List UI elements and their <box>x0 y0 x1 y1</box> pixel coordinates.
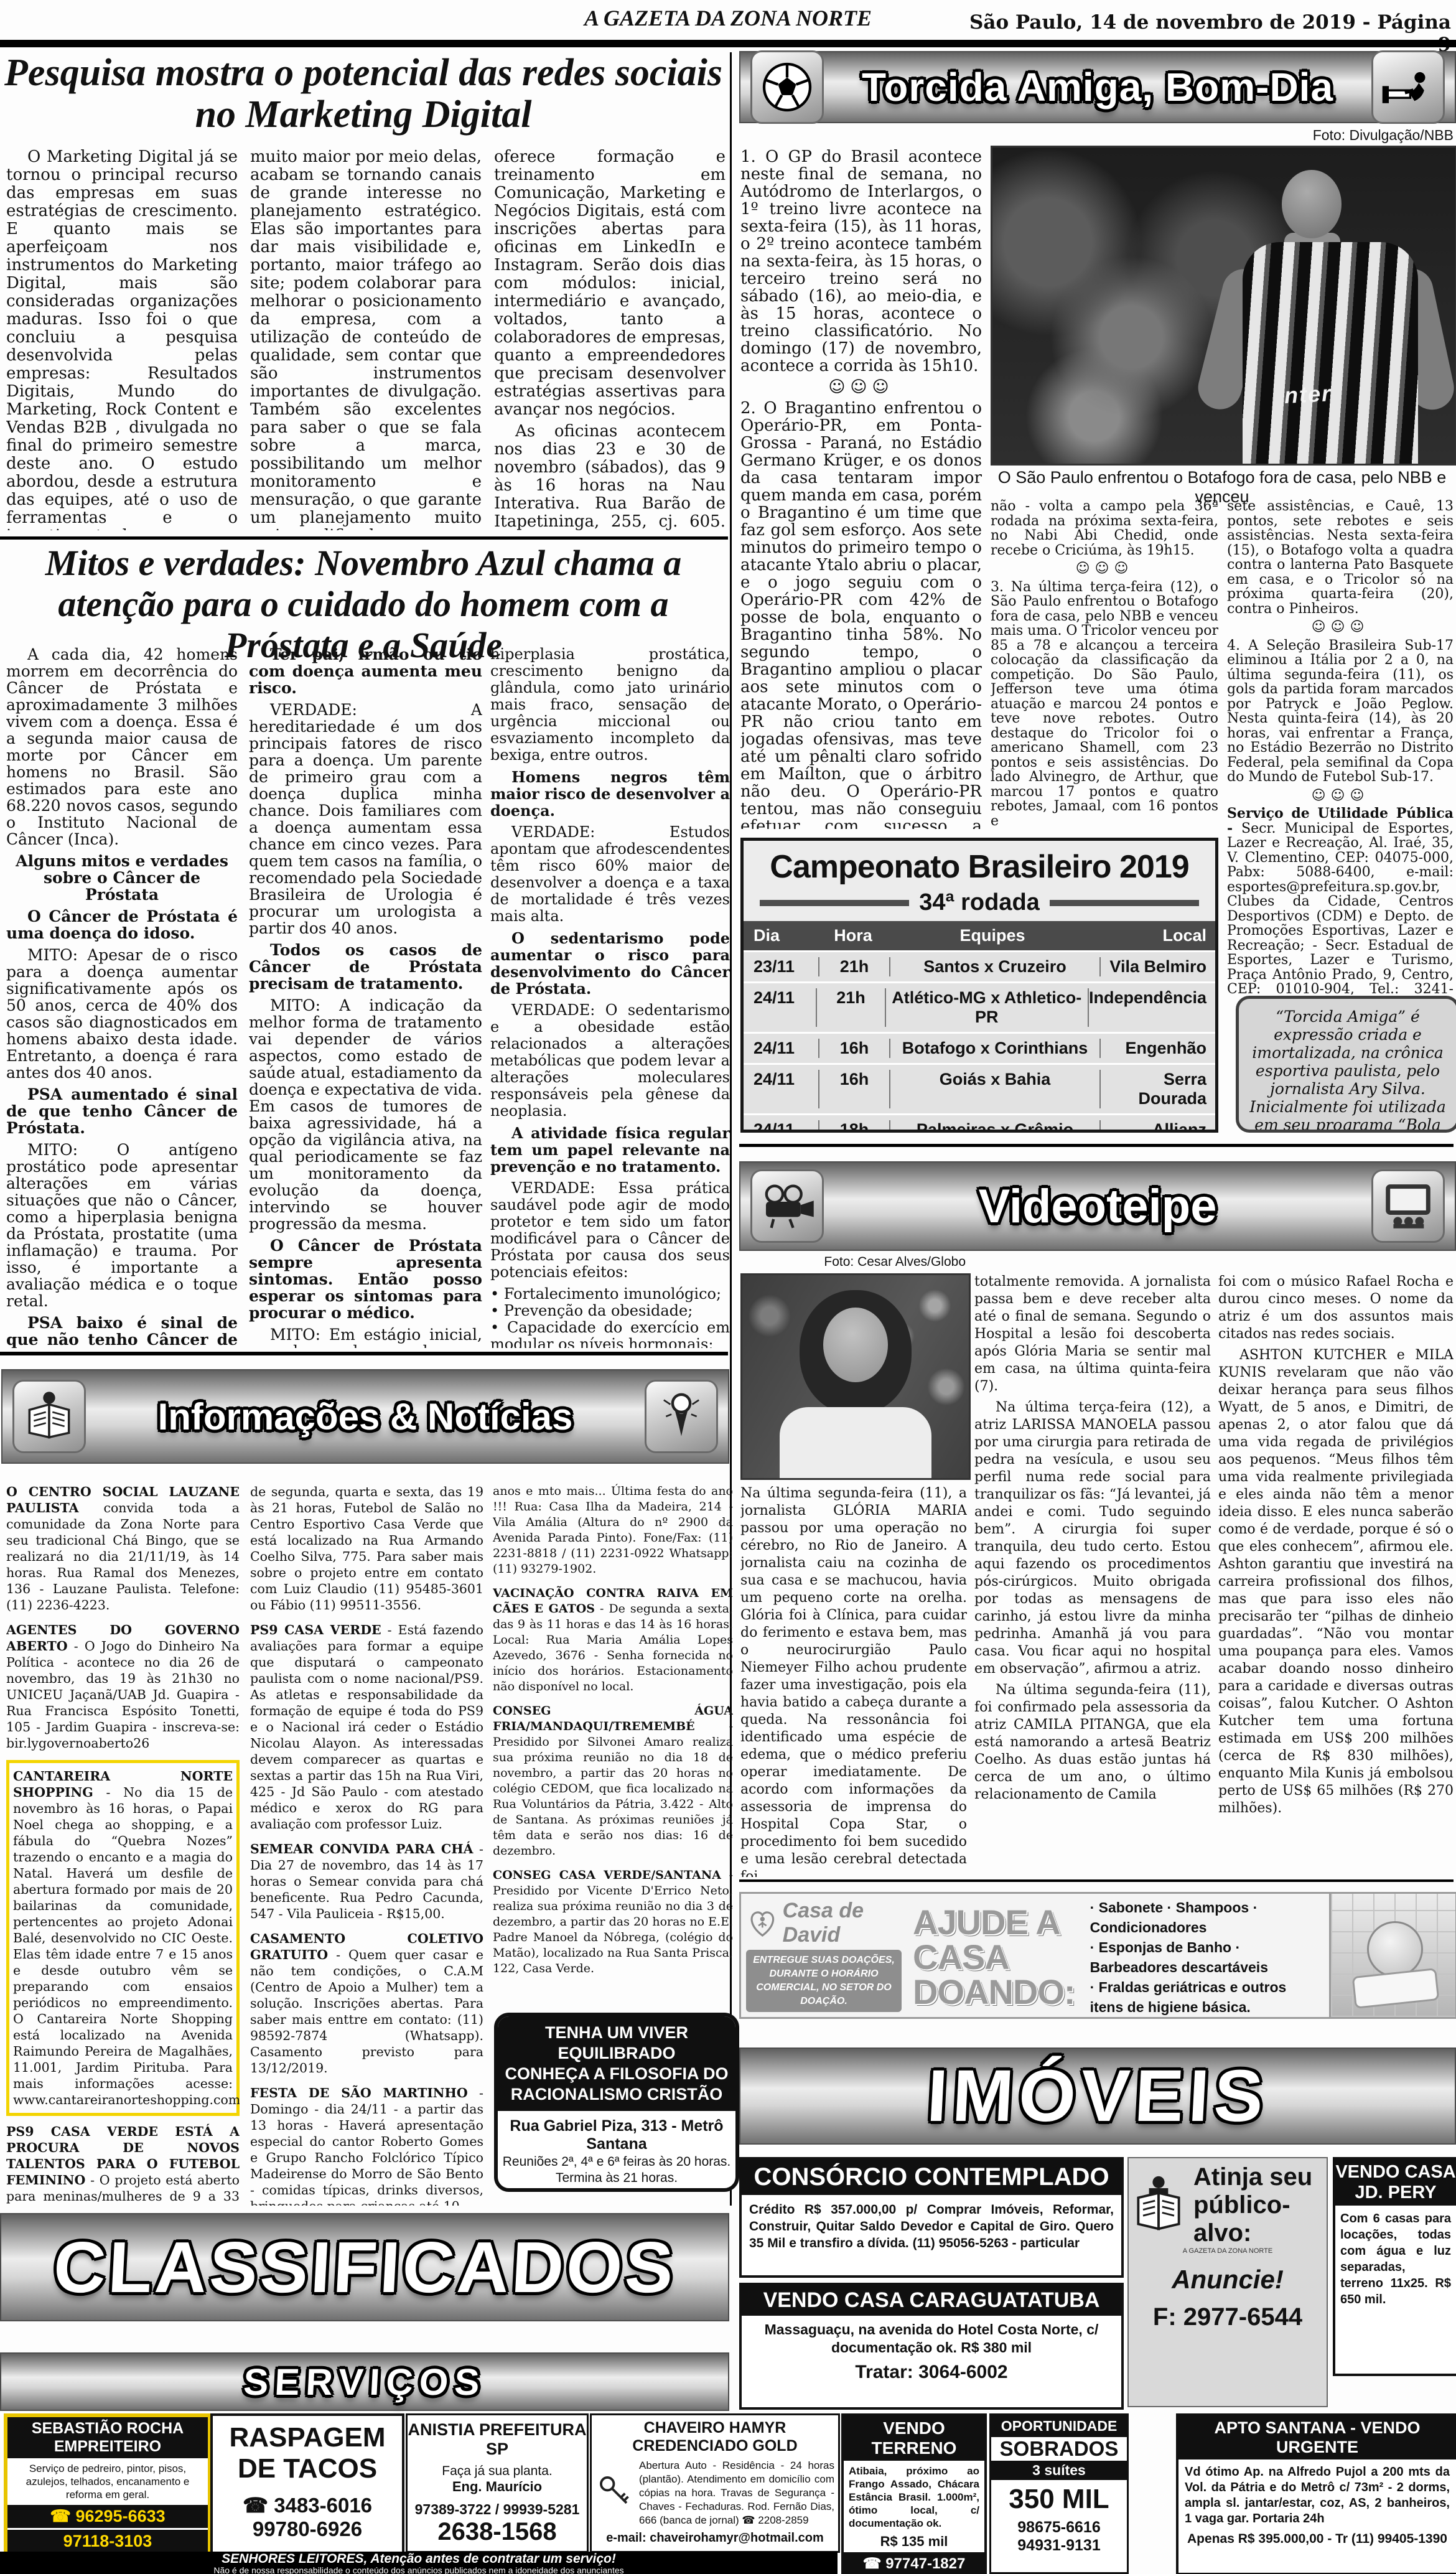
info-banner: Informações & Notícias <box>1 1369 729 1464</box>
table-row: 24/1121hAtlético-MG x Athletico-PRIndepe… <box>744 981 1215 1032</box>
myth-question: O sedentarismo pode aumentar o risco par… <box>490 930 730 997</box>
myth-answer: MITO: Apesar de o risco para a doença au… <box>6 947 238 1081</box>
torcida-quote-box: “Torcida Amiga” é expressão criada e imo… <box>1236 996 1456 1133</box>
news-item-lead: CONSEG CASA VERDE/SANTANA <box>493 1868 721 1882</box>
round-bar <box>1050 900 1199 906</box>
cell-dia: 24/11 <box>744 1070 818 1108</box>
section-rule <box>739 1879 1454 1882</box>
film-projector-icon <box>750 1169 824 1243</box>
ad-headline-line: AJUDE A CASA <box>913 1905 1075 1975</box>
cell-local: Independência <box>1088 988 1215 1027</box>
cell-dia: 24/11 <box>744 1039 818 1058</box>
news-item: CANTAREIRA NORTE SHOPPING - No dia 15 de… <box>13 1768 233 2108</box>
anuncie-label: Anuncie! <box>1172 2265 1284 2295</box>
ad-headline-line: DOANDO: <box>913 1975 1075 2010</box>
torcida-item-2: 2. O Bragantino enfrentou o Operário-PR,… <box>740 400 982 829</box>
torcida-banner: Torcida Amiga, Bom-Dia <box>739 51 1456 123</box>
benefits-bullet-list: • Fortalecimento imunológico; • Prevençã… <box>490 1286 730 1348</box>
ad-phone: F: 2977-6544 <box>1153 2303 1302 2331</box>
paragraph: As oficinas acontecem nos dias 23 e 30 d… <box>494 423 726 530</box>
cell-local: Allianz Parque <box>1099 1120 1215 1133</box>
ad-body: Massaguaçu, na avenida do Hotel Costa No… <box>742 2316 1121 2362</box>
ad-title-line: RASPAGEM <box>213 2422 402 2453</box>
news-item: de segunda, quarta e sexta, das 19 às 21… <box>250 1484 483 1613</box>
news-item-lead: FESTA DE SÃO MARTINHO <box>250 2085 468 2100</box>
section-rule <box>739 1144 1454 1147</box>
ad-subtitle: SOBRADOS <box>991 2437 1127 2461</box>
news-item-lead: CONSEG ÁGUA FRIA/MANDAQUI/TREMEMBÉ <box>493 1704 733 1733</box>
news-item-lead: PS9 CASA VERDE <box>250 1622 381 1637</box>
ad-phone: 99780-6926 <box>213 2517 402 2541</box>
anistia-prefeitura-ad: ANISTIA PREFEITURA SP Faça já sua planta… <box>406 2413 589 2553</box>
tv-audience-icon <box>1371 1169 1445 1243</box>
videoteipe-banner: Videoteipe <box>739 1161 1456 1251</box>
table-row: 24/1116hBotafogo x CorinthiansEngenhão <box>744 1032 1215 1063</box>
masthead-rule <box>0 40 1456 47</box>
praying-person-icon <box>1371 50 1445 124</box>
news-item: VACINAÇÃO CONTRA RAIVA EM CÃES E GATOS -… <box>493 1586 733 1695</box>
cell-equipes: Atlético-MG x Athletico-PR <box>885 988 1088 1027</box>
smiley-separator: ☺☺☺ <box>1227 620 1454 635</box>
ad-headline-line: Atinja seu <box>1193 2163 1327 2191</box>
ad-schedule: Termina às 21 horas. <box>502 2171 732 2186</box>
mitos-subhead: Alguns mitos e verdades sobre o Câncer d… <box>6 853 238 903</box>
jd-pery-ad: VENDO CASA JD. PERY Com 6 casas para loc… <box>1333 2157 1456 2376</box>
cell-hora: 16h <box>818 1039 889 1058</box>
soccer-ball-icon <box>750 50 824 124</box>
casa-de-david-ad: Casa de David ENTREGUE SUAS DOAÇÕES, DUR… <box>739 1892 1456 2019</box>
news-item-text: convida toda a comunidade da Zona Norte … <box>6 1500 240 1612</box>
smiley-separator: ☺☺☺ <box>740 378 982 396</box>
cell-hora: 21h <box>818 957 889 976</box>
videoteipe-column-1: Na última segunda-feira (11), a jornalis… <box>740 1485 967 1877</box>
ad-body: Atibaia, próximo ao Frango Assado, Cháca… <box>844 2461 984 2534</box>
ad-headline: AJUDE A CASA DOANDO: <box>913 1905 1075 2010</box>
newspaper-reader-icon <box>1129 2174 1188 2237</box>
ad-headline: Atinja seu público-alvo: <box>1193 2163 1327 2247</box>
news-item-text: - Presidido por Vicente D'Errico Neto, r… <box>493 1868 733 1975</box>
ad-headline: TENHA UM VIVER EQUILIBRADO CONHEÇA A FIL… <box>498 2016 735 2111</box>
news-item-text: - Quem quer casar e não tem condições, o… <box>250 1947 483 2076</box>
news-item: O CENTRO SOCIAL LAUZANE PAULISTA convida… <box>6 1484 240 1613</box>
header-equipes: Equipes <box>888 926 1097 945</box>
donation-item: · Fraldas geriátricas e outros itens de … <box>1090 1977 1323 2017</box>
ad-headline-line: RACIONALISMO CRISTÃO <box>500 2084 733 2105</box>
shower-illustration <box>1329 1894 1455 2017</box>
info-column-3: anos e mto mais... Última festa do ano !… <box>493 1484 733 2006</box>
info-banner-title: Informações & Notícias <box>96 1395 635 1438</box>
cell-dia: 24/11 <box>744 1120 818 1133</box>
gloria-maria-photo <box>740 1273 971 1480</box>
news-item-text: - No dia 15 de novembro às 16 horas, o P… <box>13 1785 240 2107</box>
ad-body: Abertura Auto - Residência - 24 horas (p… <box>635 2459 834 2527</box>
paragraph: muito maior por meio delas, acabam se to… <box>250 148 482 530</box>
info-column-1: O CENTRO SOCIAL LAUZANE PAULISTA convida… <box>6 1484 240 2206</box>
paragraph: O Marketing Digital já se tornou o princ… <box>6 148 238 530</box>
paragraph: ASHTON KUTCHER e MILA KUNIS revelaram qu… <box>1218 1347 1454 1817</box>
table-row: 24/1118hPalmeiras x GrêmioAllianz Parque <box>744 1113 1215 1133</box>
mini-newspaper-label: A GAZETA DA ZONA NORTE <box>1183 2247 1272 2255</box>
torcida-banner-title: Torcida Amiga, Bom-Dia <box>834 64 1361 110</box>
lead-column-3: oferece formação e treinamento em Comuni… <box>494 148 726 530</box>
myth-answer: MITO: O antígeno prostático pode apresen… <box>6 1141 238 1309</box>
warning-line-2: Não é de nossa responsabilidade o conteú… <box>0 2565 838 2574</box>
readers-warning-strip: SENHORES LEITORES, Atenção antes de cont… <box>0 2552 838 2574</box>
paragraph: foi com o músico Rafael Rocha e durou ci… <box>1218 1273 1454 1343</box>
ad-address: Rua Gabriel Piza, 313 - Metrô Santana <box>502 2117 732 2153</box>
photo-face <box>823 1308 888 1382</box>
paragraph: Na última segunda-feira (11), a jornalis… <box>740 1485 967 1877</box>
servicos-banner: SERVIÇOS <box>0 2352 729 2411</box>
videoteipe-banner-title: Videoteipe <box>834 1179 1361 1233</box>
news-item: AGENTES DO GOVERNO ABERTO - O Jogo do Di… <box>6 1622 240 1751</box>
myth-answer: MITO: A indicação da melhor forma de tra… <box>249 997 482 1232</box>
newspaper-reader-icon <box>12 1380 86 1453</box>
ad-title: ANISTIA PREFEITURA SP <box>408 2420 587 2459</box>
header-dia: Dia <box>744 926 818 945</box>
news-item-text: - O Jogo do Dinheiro Na Política - acont… <box>6 1639 240 1751</box>
racionalismo-ad: TENHA UM VIVER EQUILIBRADO CONHEÇA A FIL… <box>494 2013 739 2192</box>
nbb-basketball-photo: nter <box>991 146 1456 466</box>
illustration-head <box>1367 1921 1423 1977</box>
pushpin-icon <box>645 1380 718 1453</box>
ad-title-line: JD. PERY <box>1335 2183 1456 2203</box>
cell-equipes: Botafogo x Corinthians <box>889 1039 1099 1058</box>
masthead-logo: A GAZETA DA ZONA NORTE <box>541 5 915 31</box>
masthead-dateline: São Paulo, 14 de novembro de 2019 - Pági… <box>958 11 1451 56</box>
ad-phone: 97118-3103 <box>7 2530 208 2553</box>
ad-title: VENDO TERRENO <box>844 2416 984 2461</box>
news-item: CASAMENTO COLETIVO GRATUITO - Quem quer … <box>250 1931 483 2076</box>
public-service-item: Serviço de Utilidade Pública - Secr. Mun… <box>1227 807 1454 995</box>
imoveis-banner: IMÓVEIS <box>739 2048 1456 2145</box>
ad-feature: 3 suítes <box>991 2461 1127 2480</box>
ad-body: Com 6 casas para locações, todas com águ… <box>1335 2206 1456 2313</box>
myth-question: PSA aumentado é sinal de que tenho Cânce… <box>6 1086 238 1136</box>
section-rule <box>0 536 728 540</box>
player-head <box>1282 170 1342 238</box>
classificados-banner: CLASSIFICADOS <box>0 2213 729 2321</box>
news-item-text: anos e mto mais... Última festa do ano !… <box>493 1484 733 1576</box>
ad-body: Crédito R$ 357.000,00 p/ Comprar Imóveis… <box>742 2195 1121 2258</box>
ad-body-line: Eng. Maurício <box>408 2479 587 2495</box>
round-label: 34ª rodada <box>919 889 1040 916</box>
mitos-column-2: Ter pai, irmão ou tio com doença aumenta… <box>249 646 482 1348</box>
ad-phone: ☎ 97747-1827 <box>844 2552 984 2574</box>
ad-phone: Tratar: 3064-6002 <box>742 2362 1121 2383</box>
ad-title-line: TERRENO <box>844 2438 984 2458</box>
lead-column-1: O Marketing Digital já se tornou o princ… <box>6 148 238 530</box>
ad-title-line: EMPREITEIRO <box>7 2438 208 2456</box>
cell-local: Serra Dourada <box>1099 1070 1215 1108</box>
smiley-separator: ☺☺☺ <box>1227 789 1454 803</box>
ad-schedule: Reuniões 2ª, 4ª e 6ª feiras às 20 horas. <box>502 2155 732 2169</box>
torcida-column-c: sete assistências, e Cauê, 13 pontos, se… <box>1227 499 1454 995</box>
ad-price: R$ 135 mil <box>844 2534 984 2550</box>
ad-phone: 2638-1568 <box>408 2518 587 2546</box>
player-jersey <box>1243 242 1419 466</box>
oportunidade-sobrados-ad: OPORTUNIDADE SOBRADOS 3 suítes 350 MIL 9… <box>989 2413 1129 2574</box>
info-column-2: de segunda, quarta e sexta, das 19 às 21… <box>250 1484 483 2206</box>
ad-body-row: Abertura Auto - Residência - 24 horas (p… <box>592 2455 838 2531</box>
table-header-row: Dia Hora Equipes Local <box>744 921 1215 950</box>
jersey-sponsor-text: nter <box>1284 380 1332 409</box>
paragraph: A cada dia, 42 homens morrem em decorrên… <box>6 646 238 848</box>
torcida-column-b: não - volta a campo pela 36ª rodada na p… <box>991 499 1218 830</box>
newspaper-page: A GAZETA DA ZONA NORTE São Paulo, 14 de … <box>0 0 1456 2574</box>
torcida-item-3-continuation: sete assistências, e Cauê, 13 pontos, se… <box>1227 499 1454 616</box>
chaveiro-hamyr-ad: CHAVEIRO HAMYR CREDENCIADO GOLD Abertura… <box>590 2413 840 2553</box>
news-item-lead: SEMEAR CONVIDA PARA CHÁ <box>250 1842 474 1856</box>
cell-equipes: Goiás x Bahia <box>889 1070 1099 1108</box>
ad-headline-line: público-alvo: <box>1193 2191 1327 2247</box>
ad-content: Atinja seu público-alvo: A GAZETA DA ZON… <box>1129 2158 1327 2331</box>
ad-headline-line: CONHEÇA A FILOSOFIA DO <box>500 2064 733 2084</box>
paragraph: totalmente removida. A jornalista passa … <box>974 1273 1211 1395</box>
vendo-terreno-ad: VENDO TERRENO Atibaia, próximo ao Frango… <box>841 2413 987 2574</box>
myth-question: Ter pai, irmão ou tio com doença aumenta… <box>249 646 482 696</box>
ad-title: OPORTUNIDADE <box>991 2415 1127 2437</box>
ad-phone: ☎ 3483-6016 <box>213 2493 402 2517</box>
round-bar <box>760 900 909 906</box>
news-item-text: de segunda, quarta e sexta, das 19 às 21… <box>250 1484 483 1612</box>
ad-phone: ☎ 96295-6633 <box>7 2505 208 2528</box>
ad-title: CHAVEIRO HAMYR CREDENCIADO GOLD <box>592 2419 838 2455</box>
imoveis-banner-title: IMÓVEIS <box>738 2054 1456 2138</box>
ad-body: Rua Gabriel Piza, 313 - Metrô Santana Re… <box>498 2111 735 2192</box>
ad-headline-line: TENHA UM VIVER EQUILIBRADO <box>500 2023 733 2064</box>
news-item-text: - Está fazendo avaliações para formar a … <box>250 1622 483 1832</box>
paragraph: oferece formação e treinamento em Comuni… <box>494 148 726 419</box>
mitos-column-3: hiperplasia prostática, crescimento beni… <box>490 646 730 1348</box>
myth-question: O Câncer de Próstata é uma doença do ido… <box>6 908 238 942</box>
torcida-item-3: 3. Na última terça-feira (12), o São Pau… <box>991 580 1218 829</box>
header-hora: Hora <box>818 926 888 945</box>
donation-item: · Sabonete · Shampoos · Condicionadores <box>1090 1898 1323 1937</box>
donation-note: ENTREGUE SUAS DOAÇÕES, DURANTE O HORÁRIO… <box>746 1950 902 2012</box>
ad-top-row: AJUDE A CASA DOANDO: · Sabonete · Shampo… <box>913 1898 1323 2017</box>
table-row: 23/1121hSantos x CruzeiroVila Belmiro <box>744 950 1215 981</box>
classificados-banner-title: CLASSIFICADOS <box>0 2225 730 2309</box>
apto-santana-ad: APTO SANTANA - VENDO URGENTE Vd ótimo Ap… <box>1176 2413 1456 2574</box>
sebastiao-rocha-ad: SEBASTIÃO ROCHA EMPREITEIRO Serviço de p… <box>4 2413 212 2557</box>
paragraph: Na última terça-feira (12), a atriz LARI… <box>974 1399 1211 1678</box>
ad-phone: 98675-6616 <box>991 2519 1127 2537</box>
mitos-column-1: A cada dia, 42 homens morrem em decorrên… <box>6 646 238 1348</box>
myth-question: Homens negros têm maior risco de desenvo… <box>490 769 730 819</box>
ad-title-line: APTO SANTANA - VENDO <box>1178 2418 1456 2438</box>
myth-answer: VERDADE: Estudos apontam que afrodescend… <box>490 824 730 925</box>
heart-person-icon <box>746 1903 779 1943</box>
videoteipe-column-2: totalmente removida. A jornalista passa … <box>974 1273 1211 1876</box>
servicos-banner-title: SERVIÇOS <box>0 2361 729 2403</box>
ad-title-line: VENDO CASA <box>1335 2162 1456 2183</box>
smiley-separator: ☺☺☺ <box>991 561 1218 576</box>
lead-column-2: muito maior por meio delas, acabam se to… <box>250 148 482 530</box>
public-service-text: Secr. Municipal de Esportes, Lazer e Rec… <box>1227 821 1454 995</box>
ad-title-line: DE TACOS <box>213 2453 402 2484</box>
ad-phone: 97389-3722 / 99939-5281 <box>408 2501 587 2518</box>
myth-answer: VERDADE: O sedentarismo e a obesidade es… <box>490 1002 730 1120</box>
news-item-text: - Presidido por Silvonei Amaro realiza s… <box>493 1720 733 1858</box>
warning-line-1: SENHORES LEITORES, Atenção antes de cont… <box>222 2552 616 2566</box>
ad-body: Serviço de pedreiro, pintor, pisos, azul… <box>7 2458 208 2505</box>
ad-title: CONSÓRCIO CONTEMPLADO <box>742 2160 1121 2195</box>
section-rule <box>0 1352 728 1355</box>
news-item: CONSEG ÁGUA FRIA/MANDAQUI/TREMEMBÉ - Pre… <box>493 1703 733 1859</box>
myth-question: Todos os casos de Câncer de Próstata pre… <box>249 942 482 992</box>
ad-title-line: URGENTE <box>1178 2438 1456 2457</box>
myth-answer: VERDADE: A hereditariedade é um dos prin… <box>249 701 482 937</box>
key-icon <box>595 2472 635 2515</box>
ad-phone: 94931-9131 <box>991 2537 1127 2555</box>
donation-items: · Sabonete · Shampoos · Condicionadores … <box>1090 1898 1323 2017</box>
news-item: PS9 CASA VERDE - Está fazendo avaliações… <box>250 1622 483 1832</box>
torcida-item-2-continuation: não - volta a campo pela 36ª rodada na p… <box>991 499 1218 558</box>
myth-question: PSA baixo é sinal de que não tenho Cânce… <box>6 1314 238 1348</box>
ad-title: VENDO CASA JD. PERY <box>1335 2160 1456 2206</box>
table-row: 24/1116hGoiás x BahiaSerra Dourada <box>744 1063 1215 1113</box>
news-item: PS9 CASA VERDE ESTÁ A PROCURA DE NOVOS T… <box>6 2123 240 2206</box>
news-item: SEMEAR CONVIDA PARA CHÁ - Dia 27 de nove… <box>250 1841 483 1922</box>
highlighted-news-box: CANTAREIRA NORTE SHOPPING - No dia 15 de… <box>6 1760 240 2116</box>
raspagem-tacos-ad: RASPAGEM DE TACOS ☎ 3483-6016 99780-6926 <box>210 2413 404 2554</box>
ad-title: SEBASTIÃO ROCHA EMPREITEIRO <box>7 2417 208 2458</box>
ad-body-line: Faça já sua planta. <box>408 2464 587 2479</box>
table-round: 34ª rodada <box>744 887 1215 921</box>
myth-question: A atividade física regular tem um papel … <box>490 1125 730 1175</box>
torcida-item-4: 4. A Seleção Brasileira Sub-17 eliminou … <box>1227 639 1454 785</box>
ad-body: Vd ótimo Ap. na Alfredo Pujol a 200 mts … <box>1178 2459 1456 2532</box>
cell-hora: 21h <box>816 988 884 1027</box>
ad-price: 350 MIL <box>991 2484 1127 2515</box>
table-title: Campeonato Brasileiro 2019 <box>744 841 1215 887</box>
ad-title-line: VENDO <box>844 2418 984 2438</box>
ad-center-column: AJUDE A CASA DOANDO: · Sabonete · Shampo… <box>907 1894 1329 2017</box>
news-item-text: - De segunda a sexta, das 9 às 11 horas … <box>493 1602 733 1693</box>
news-item: FESTA DE SÃO MARTINHO - Domingo - dia 24… <box>250 2085 483 2206</box>
videoteipe-column-3: foi com o músico Rafael Rocha e durou ci… <box>1218 1273 1454 1876</box>
cell-dia: 24/11 <box>744 988 816 1027</box>
news-item: CONSEG CASA VERDE/SANTANA - Presidido po… <box>493 1868 733 1977</box>
cell-local: Vila Belmiro <box>1099 957 1215 976</box>
header-local: Local <box>1097 926 1215 945</box>
illustration-towel <box>1352 1968 1440 2009</box>
myth-answer-continuation: hiperplasia prostática, crescimento beni… <box>490 646 730 764</box>
ad-title-line: SEBASTIÃO ROCHA <box>7 2420 208 2438</box>
news-item: anos e mto mais... Última festa do ano !… <box>493 1484 733 1577</box>
casa-de-david-logo: Casa de David <box>746 1899 902 1947</box>
donation-item: · Esponjas de Banho · Barbeadores descar… <box>1090 1937 1323 1977</box>
caraguatatuba-ad: VENDO CASA CARAGUATATUBA Massaguaçu, na … <box>739 2283 1124 2410</box>
brand-name: Casa de David <box>783 1899 902 1947</box>
torcida-column-a: 1. O GP do Brasil acontece neste final d… <box>740 148 982 829</box>
paragraph: Na última segunda-feira (11), foi confir… <box>974 1682 1211 1804</box>
myth-answer: MITO: Em estágio inicial, quando as chan… <box>249 1326 482 1348</box>
cell-hora: 16h <box>818 1070 889 1108</box>
cell-equipes: Santos x Cruzeiro <box>889 957 1099 976</box>
photo-blouse <box>780 1407 931 1480</box>
myth-question: O Câncer de Próstata sempre apresenta si… <box>249 1237 482 1321</box>
photo-credit: Foto: Divulgação/NBB <box>996 127 1454 144</box>
photo-credit: Foto: Cesar Alves/Globo <box>740 1255 966 1270</box>
atinja-publico-ad: Atinja seu público-alvo: A GAZETA DA ZON… <box>1127 2157 1328 2407</box>
cell-equipes: Palmeiras x Grêmio <box>889 1120 1099 1133</box>
ad-top: Atinja seu público-alvo: <box>1129 2163 1327 2247</box>
cell-hora: 18h <box>818 1120 889 1133</box>
ad-title: VENDO CASA CARAGUATATUBA <box>742 2285 1121 2316</box>
ad-left-column: Casa de David ENTREGUE SUAS DOAÇÕES, DUR… <box>741 1894 907 2017</box>
ad-title: APTO SANTANA - VENDO URGENTE <box>1178 2416 1456 2459</box>
news-item-text: - Domingo - dia 24/11 - a partir das 13 … <box>250 2085 483 2206</box>
torcida-item-1: 1. O GP do Brasil acontece neste final d… <box>740 148 982 375</box>
ad-email: e-mail: chaveirohamyr@hotmail.com <box>592 2531 838 2545</box>
myth-answer: VERDADE: Essa prática saudável pode agir… <box>490 1180 730 1281</box>
lead-headline: Pesquisa mostra o potencial das redes so… <box>0 52 727 136</box>
cell-dia: 23/11 <box>744 957 818 976</box>
ad-price: Apenas R$ 395.000,00 - Tr (11) 99405-139… <box>1178 2532 1456 2547</box>
campeonato-table: Campeonato Brasileiro 2019 34ª rodada Di… <box>740 838 1218 1133</box>
cell-local: Engenhão <box>1099 1039 1215 1058</box>
consorcio-ad: CONSÓRCIO CONTEMPLADO Crédito R$ 357.000… <box>739 2157 1124 2278</box>
free-entry-badge: ENTRADA FRANCA <box>513 2191 721 2192</box>
